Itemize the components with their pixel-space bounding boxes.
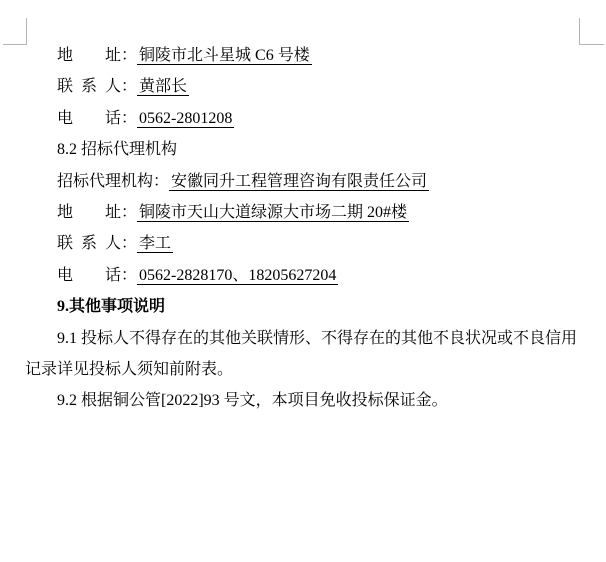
field-label-phone: 电话 (57, 103, 121, 134)
field-value-agency-phone: 0562-2828170、18205627204 (137, 267, 338, 285)
field-row-tenderer-address: 地址：铜陵市北斗星城 C6 号楼 (25, 40, 581, 71)
field-value-agency-address: 铜陵市天山大道绿源大市场二期 20#楼 (137, 204, 409, 222)
field-value-tenderer-phone: 0562-2801208 (137, 110, 234, 128)
heading-9: 9.其他事项说明 (25, 291, 581, 322)
field-label-address: 地址 (57, 197, 121, 228)
field-colon: ： (121, 267, 137, 284)
heading-8-2: 8.2 招标代理机构 (25, 134, 581, 165)
field-colon: ： (121, 78, 137, 95)
field-colon: ： (121, 47, 137, 64)
text-boundary-mark-top-right (579, 18, 604, 45)
field-label-phone: 电话 (57, 260, 121, 291)
field-value-agency-contact: 李工 (137, 235, 173, 253)
field-row-agency-address: 地址：铜陵市天山大道绿源大市场二期 20#楼 (25, 197, 581, 228)
field-colon: ： (121, 204, 137, 221)
field-colon: ： (121, 110, 137, 127)
document-page: 地址：铜陵市北斗星城 C6 号楼 联系人：黄部长 电话：0562-2801208… (0, 0, 606, 562)
field-label-contact: 联系人 (57, 228, 121, 259)
field-value-agency-name: 安徽同升工程管理咨询有限责任公司 (169, 173, 429, 191)
clause-9-1-line-2: 记录详见投标人须知前附表。 (25, 354, 581, 385)
clause-9-1-line-1: 9.1 投标人不得存在的其他关联情形、不得存在的其他不良状况或不良信用 (25, 323, 581, 354)
clause-9-2: 9.2 根据铜公管[2022]93 号文，本项目免收投标保证金。 (25, 385, 581, 416)
field-row-agency-name: 招标代理机构：安徽同升工程管理咨询有限责任公司 (25, 166, 581, 197)
field-label-address: 地址 (57, 40, 121, 71)
field-row-agency-contact: 联系人：李工 (25, 228, 581, 259)
field-row-tenderer-phone: 电话：0562-2801208 (25, 103, 581, 134)
field-row-tenderer-contact: 联系人：黄部长 (25, 71, 581, 102)
field-colon: ： (121, 235, 137, 252)
field-row-agency-phone: 电话：0562-2828170、18205627204 (25, 260, 581, 291)
document-body: 地址：铜陵市北斗星城 C6 号楼 联系人：黄部长 电话：0562-2801208… (25, 40, 581, 417)
field-value-tenderer-address: 铜陵市北斗星城 C6 号楼 (137, 47, 312, 65)
field-label-contact: 联系人 (57, 71, 121, 102)
field-colon: ： (153, 173, 169, 190)
text-boundary-mark-top-left (3, 18, 27, 45)
field-label-agency: 招标代理机构 (57, 166, 153, 197)
field-value-tenderer-contact: 黄部长 (137, 78, 189, 96)
